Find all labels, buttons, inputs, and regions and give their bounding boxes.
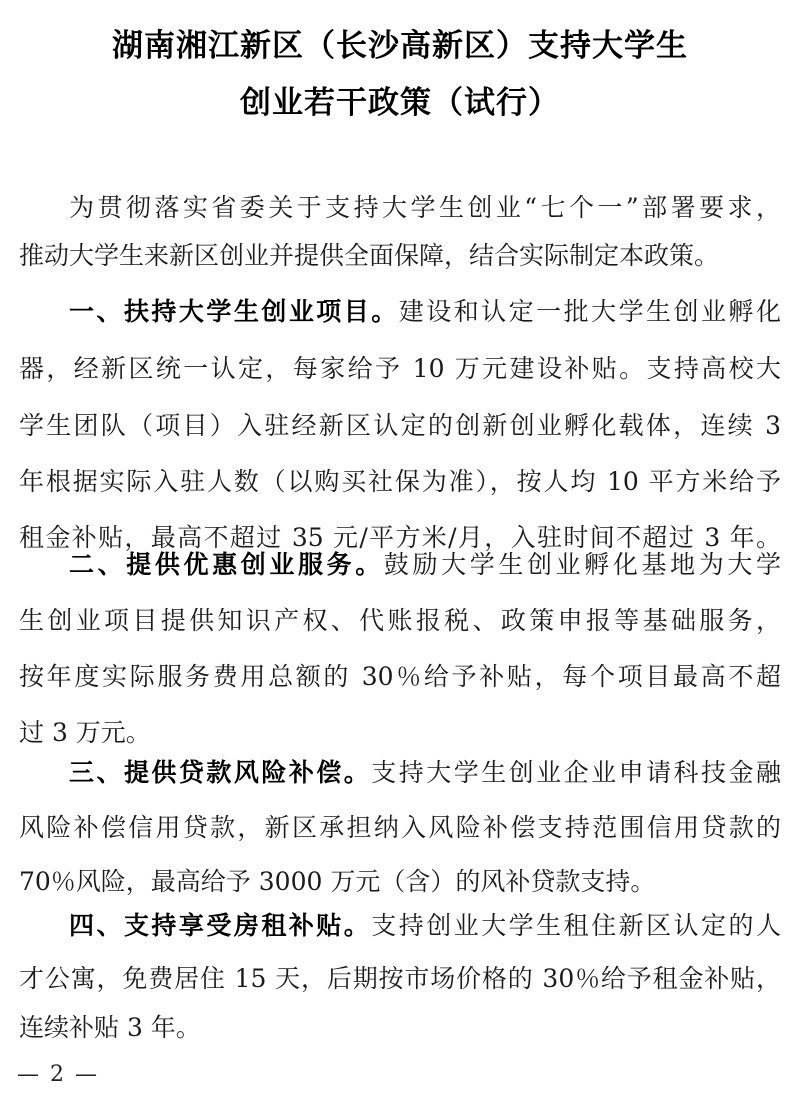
section-1-first-line: 一、扶持大学生创业项目。建设和认定一批大学生创业孵化	[19, 296, 781, 328]
section-3-line: 70％风险，最高给予 3000 万元（含）的风补贷款支持。	[19, 866, 781, 898]
section-2-line: 过 3 万元。	[19, 717, 781, 749]
section-3-line: 风险补偿信用贷款，新区承担纳入风险补偿支持范围信用贷款的	[19, 812, 781, 844]
section-3-heading: 三、提供贷款风险补偿。	[69, 758, 371, 787]
section-1-line: 学生团队（项目）入驻经新区认定的创新创业孵化载体，连续 3	[19, 410, 781, 442]
section-3-text: 支持大学生创业企业申请科技金融	[371, 758, 781, 787]
section-3-first-line: 三、提供贷款风险补偿。支持大学生创业企业申请科技金融	[19, 757, 781, 789]
intro-line-2: 推动大学生来新区创业并提供全面保障，结合实际制定本政策。	[19, 240, 781, 272]
section-2-text: 鼓励大学生创业孵化基地为大学	[384, 550, 781, 579]
section-4-text: 支持创业大学生租住新区认定的人	[371, 911, 781, 940]
section-4-line: 才公寓，免费居住 15 天，后期按市场价格的 30％给予租金补贴，	[19, 963, 781, 995]
section-4-heading: 四、支持享受房租补贴。	[69, 911, 371, 940]
page-number: — 2 —	[17, 1062, 99, 1087]
intro-line-1: 为贯彻落实省委关于支持大学生创业“七个一”部署要求，	[19, 192, 781, 224]
document-title-line-1: 湖南湘江新区（长沙高新区）支持大学生	[0, 20, 800, 65]
section-1-heading: 一、扶持大学生创业项目。	[69, 297, 399, 326]
section-2-line: 按年度实际服务费用总额的 30％给予补贴，每个项目最高不超	[19, 661, 781, 693]
section-1-line: 器，经新区统一认定，每家给予 10 万元建设补贴。支持高校大	[19, 353, 781, 385]
document-page: 湖南湘江新区（长沙高新区）支持大学生 创业若干政策（试行） 为贯彻落实省委关于支…	[0, 0, 800, 1117]
section-4-line: 连续补贴 3 年。	[19, 1012, 781, 1044]
section-2-line: 生创业项目提供知识产权、代账报税、政策申报等基础服务，	[19, 605, 781, 637]
section-1-line: 年根据实际入驻人数（以购买社保为准），按人均 10 平方米给予	[19, 466, 781, 498]
document-title-line-2: 创业若干政策（试行）	[0, 77, 800, 122]
section-2-heading: 二、提供优惠创业服务。	[69, 550, 384, 579]
section-4-first-line: 四、支持享受房租补贴。支持创业大学生租住新区认定的人	[19, 910, 781, 942]
section-1-text: 建设和认定一批大学生创业孵化	[399, 297, 781, 326]
section-2-first-line: 二、提供优惠创业服务。鼓励大学生创业孵化基地为大学	[19, 549, 781, 581]
